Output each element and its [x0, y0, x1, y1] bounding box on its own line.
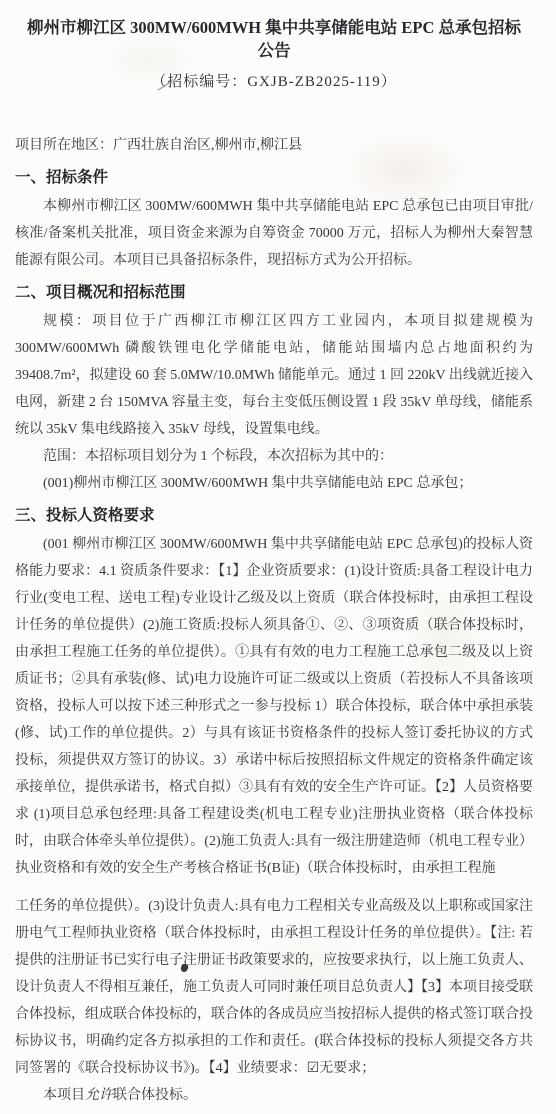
document-body: 柳州市柳江区 300MW/600MWH 集中共享储能电站 EPC 总承包招标公告… — [0, 0, 556, 1109]
section-3-heading: 三、投标人资格要求 — [15, 501, 533, 531]
tender-number: （招标编号：GXJB-ZB2025-119） — [15, 71, 533, 93]
bid-lot-paragraph: (001)柳州市柳江区 300MW/600MWH 集中共享储能电站 EPC 总承… — [15, 470, 533, 497]
document-title: 柳州市柳江区 300MW/600MWH 集中共享储能电站 EPC 总承包招标公告 — [25, 16, 523, 62]
consortium-allowed-suffix: 联合体投标。 — [113, 1088, 197, 1103]
section-1-paragraph: 本柳州市柳江区 300MW/600MWH 集中共享储能电站 EPC 总承包已由项… — [15, 193, 533, 274]
qualification-requirements-part2: 工任务的单位提供）。(3)设计负责人:具有电力工程相关专业高级及以上职称或国家注… — [15, 893, 533, 1082]
qualification-requirements-part2-text: 工任务的单位提供）。(3)设计负责人:具有电力工程相关专业高级及以上职称或国家注… — [15, 899, 533, 1076]
no-requirement-text: 无要求； — [319, 1061, 375, 1076]
consortium-allowed-line: 本项目允许联合体投标。 — [15, 1082, 533, 1109]
checked-checkbox-icon: ☑ — [307, 1061, 320, 1076]
consortium-allowed-prefix: 本项目 — [43, 1088, 85, 1103]
section-1-heading: 一、招标条件 — [15, 163, 533, 193]
consortium-allowed-word: 允许 — [85, 1088, 113, 1103]
project-location-line: 项目所在地区：广西壮族自治区,柳州市,柳江县 — [15, 133, 533, 159]
project-scale-paragraph: 规模：项目位于广西柳江市柳江区四方工业园内，本项目拟建规模为 300MW/600… — [15, 308, 533, 443]
section-2-heading: 二、项目概况和招标范围 — [15, 278, 533, 308]
bid-scope-paragraph: 范围：本招标项目划分为 1 个标段，本次招标为其中的： — [15, 443, 533, 470]
scanned-tender-notice-page: 柳州市柳江区 300MW/600MWH 集中共享储能电站 EPC 总承包招标公告… — [0, 0, 556, 1114]
qualification-requirements-part1: (001 柳州市柳江区 300MW/600MWH 集中共享储能电站 EPC 总承… — [15, 531, 533, 882]
